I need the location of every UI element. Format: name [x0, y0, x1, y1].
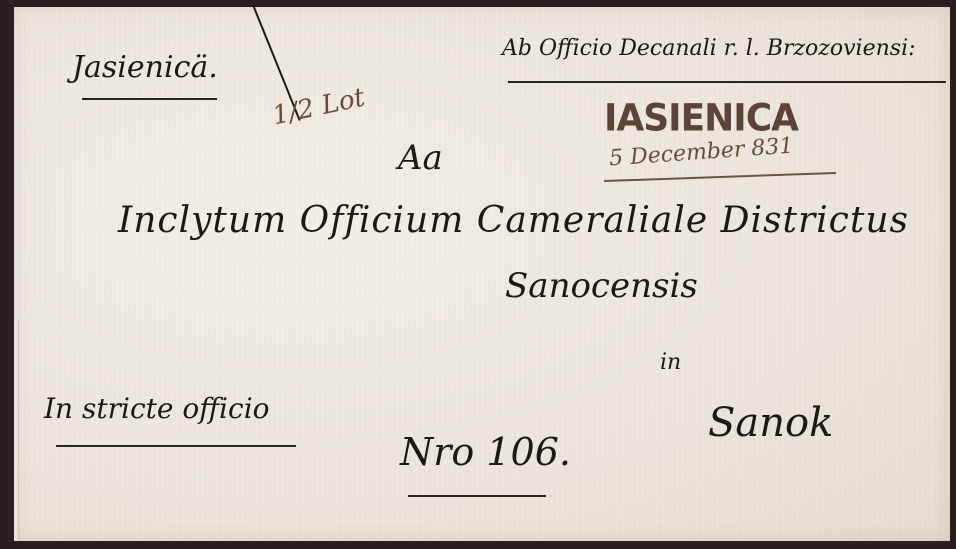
postmark-town: IASIENICA — [604, 97, 798, 140]
destination-text: Sanok — [708, 400, 833, 446]
address-preposition: in — [660, 350, 681, 375]
reference-number: Nro 106. — [400, 430, 571, 474]
fold-edge — [14, 320, 19, 541]
service-note-underline — [56, 445, 296, 447]
salutation-text: Aa — [398, 138, 443, 178]
sender-office-underline — [508, 81, 946, 83]
sender-place-underline — [82, 98, 217, 100]
reference-number-underline — [408, 495, 546, 497]
address-line-1: Inclytum Officium Cameraliale Districtus — [118, 200, 909, 241]
service-note-text: In stricte officio — [44, 392, 270, 425]
sender-office-text: Ab Officio Decanali r. l. Brzozoviensi: — [502, 36, 916, 61]
sender-place-text: Jasienicä. — [72, 50, 218, 85]
address-line-2: Sanocensis — [505, 266, 698, 306]
